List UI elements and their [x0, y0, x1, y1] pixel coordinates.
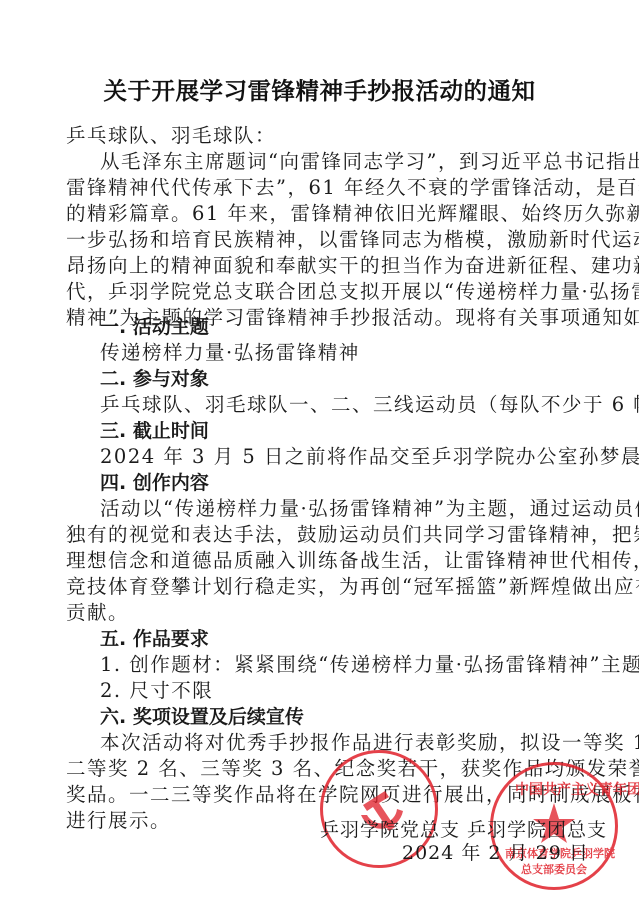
salutation: 乒乓球队、羽毛球队：	[66, 123, 591, 149]
section-line: 贡献。	[66, 600, 591, 626]
section-heading-theme: 一. 活动主题	[100, 314, 209, 340]
intro-line: 的精彩篇章。61 年来，雷锋精神依旧光辉耀眼、始终历久弥新。为进	[66, 201, 591, 227]
section-line: 竞技体育登攀计划行稳走实，为再创“冠军摇篮”新辉煌做出应有的	[66, 574, 591, 600]
document-title: 关于开展学习雷锋精神手抄报活动的通知	[0, 72, 639, 106]
section-heading-deadline: 三. 截止时间	[100, 418, 209, 444]
signature-date: 2024 年 2 月 29 日	[402, 838, 589, 865]
intro-line: 代，乒羽学院党总支联合团总支拟开展以“传递榜样力量·弘扬雷锋	[66, 279, 591, 305]
section-heading-participants: 二. 参与对象	[100, 366, 209, 392]
intro-line: 一步弘扬和培育民族精神，以雷锋同志为楷模，激励新时代运动员以	[66, 227, 591, 253]
section-line: 乒乓球队、羽毛球队一、二、三线运动员（每队不少于 6 幅作品）	[100, 392, 625, 418]
section-line: 活动以“传递榜样力量·弘扬雷锋精神”为主题，通过运动员们	[100, 496, 625, 522]
section-heading-requirements: 五. 作品要求	[100, 626, 209, 652]
intro-line: 昂扬向上的精神面貌和奉献实干的担当作为奋进新征程、建功新时	[66, 253, 591, 279]
section-heading-awards: 六. 奖项设置及后续宣传	[100, 704, 304, 730]
section-line: 传递榜样力量·弘扬雷锋精神	[100, 340, 625, 366]
intro-line: 雷锋精神代代传承下去”，61 年经久不衰的学雷锋活动，是百年党史	[66, 175, 591, 201]
intro-line: 从毛泽东主席题词“向雷锋同志学习”，到习近平总书记指出“把	[100, 149, 625, 175]
section-line: 1. 创作题材：紧紧围绕“传递榜样力量·弘扬雷锋精神”主题	[100, 652, 625, 678]
section-line: 理想信念和道德品质融入训练备战生活，让雷锋精神世代相传，助力	[66, 548, 591, 574]
section-line: 2. 尺寸不限	[100, 678, 625, 704]
section-line: 2024 年 3 月 5 日之前将作品交至乒羽学院办公室孙梦晨老师处	[100, 444, 625, 470]
section-line: 独有的视觉和表达手法，鼓励运动员们共同学习雷锋精神，把崇高的	[66, 522, 591, 548]
section-heading-content: 四. 创作内容	[100, 470, 209, 496]
